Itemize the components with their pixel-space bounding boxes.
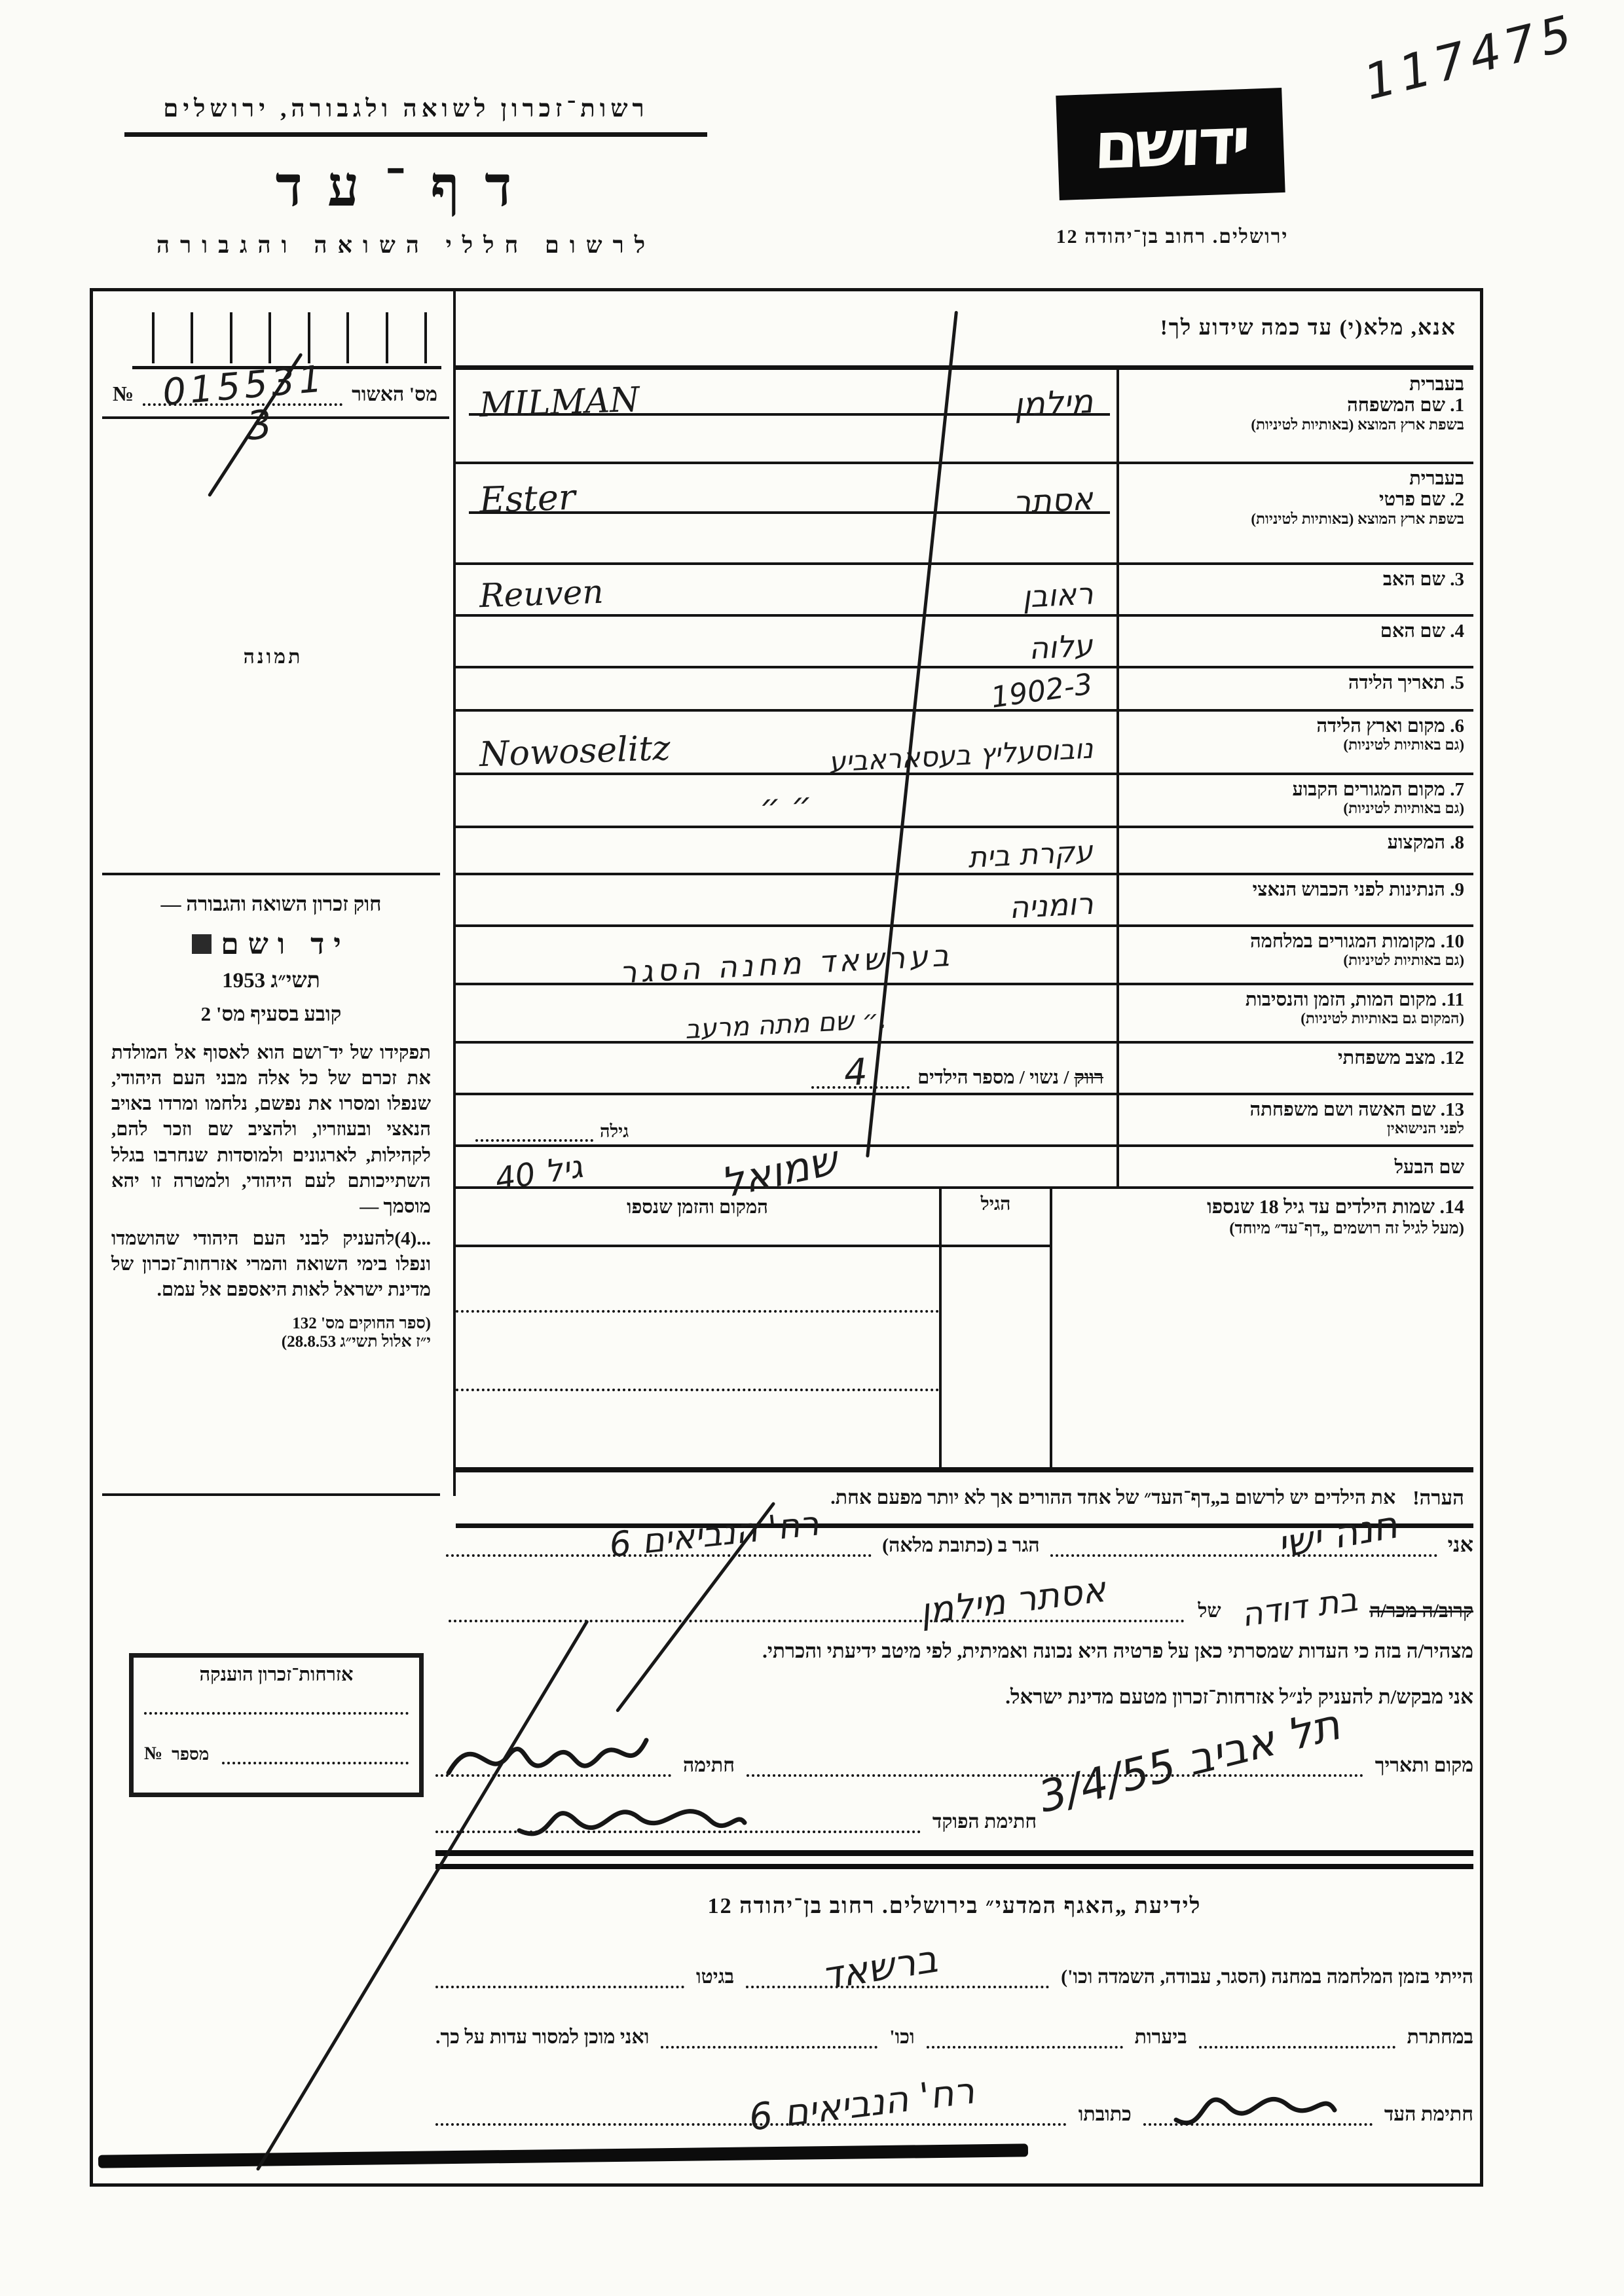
birth-date-handwriting: 1902-3 xyxy=(989,667,1094,714)
law-clause: קובע בסעיף מס' 2 xyxy=(111,1002,431,1026)
instruction-strip: אנא, מלא(י) עד כמה שידוע לך! xyxy=(456,291,1473,370)
field-row-marital-status: 12. מצב משפחתי רווק / נשוי / מספר הילדים… xyxy=(456,1044,1473,1095)
field11-label: 11. מקום המות, הזמן והנסיבות xyxy=(1123,989,1464,1010)
place-date-signature-line: מקום ותאריך תל אביב 3/4/55 חתימה xyxy=(435,1709,1473,1777)
statement-text: מצהיר/ה בזה כי העדות שמסרתי כאן על פרטיה… xyxy=(435,1639,1473,1663)
wartime-residence-handwriting: בערשאד מחנה הסגר xyxy=(619,938,954,991)
science-branch-info: לידיעת „האגף המדעי״ בירושלים. רחוב בן־יה… xyxy=(435,1894,1473,1919)
field1-sub: בשפת ארץ המוצא (באותיות לטיניות) xyxy=(1123,416,1464,433)
place-date-label: מקום ותאריך xyxy=(1375,1755,1473,1777)
mother-name-handwriting: עלוה xyxy=(1028,627,1094,666)
fields-area: בעברית 1. שם המשפחה בשפת ארץ המוצא (באות… xyxy=(456,370,1473,1528)
field7-label: 7. מקום המגורים הקבוע xyxy=(1123,779,1464,800)
first-name-latin-handwriting: Ester xyxy=(479,476,576,520)
field8-label: 8. המקצוע xyxy=(1123,832,1464,853)
children-table-grid: הגיל המקום והזמן שנספו xyxy=(456,1189,1052,1467)
field10-sub: (גם באותיות לטיניות) xyxy=(1123,952,1464,969)
field-row-mother-name: 4. שם האם עלוה xyxy=(456,617,1473,668)
citizenship-handwriting: רומניה xyxy=(1008,886,1094,926)
logo-text: ידושם xyxy=(1093,104,1248,184)
law-box: חוק זכרון השואה והגבורה — יד ושם תשי״ג 1… xyxy=(102,873,440,1496)
main-form-box: מס' האשור 015531 № 3 תמונה חוק זכרון השו… xyxy=(90,288,1483,2187)
declarant-address-handwriting: רח' הנביאים 6 xyxy=(608,1504,821,1565)
birth-place-hebrew-handwriting: נובוסעליץ בעסאראביע xyxy=(828,732,1094,778)
yad-vashem-logo: ידושם xyxy=(1056,88,1285,200)
of-word: של xyxy=(1198,1600,1221,1622)
field-row-first-name: בעברית 2. שם פרטי בשפת ארץ המוצא (באותיו… xyxy=(456,464,1473,565)
field-row-father-name: 3. שם האב Reuven ראובן xyxy=(456,565,1473,617)
law-name-row: יד ושם xyxy=(111,928,431,961)
grant-number-label: מספר xyxy=(172,1745,209,1764)
field3-label: 3. שם האב xyxy=(1123,569,1464,590)
field1-lang: בעברית xyxy=(1123,374,1464,395)
marital-options: רווק / נשוי / מספר הילדים 4 xyxy=(811,1066,1103,1089)
witness-address-label: כתובתו xyxy=(1079,2104,1132,2126)
header-block: רשות־זכרון לשואה ולגבורה, ירושלים דף־עד … xyxy=(98,95,714,259)
logo-address: ירושלים. רחוב בן־יהודה 12 xyxy=(1002,226,1342,248)
field7-sub: (גם באותיות לטיניות) xyxy=(1123,800,1464,817)
digit-comb xyxy=(93,291,453,363)
corner-file-number-handwriting: 117475 xyxy=(1359,4,1582,111)
relation-handwriting: בת דודה xyxy=(1238,1580,1359,1634)
field1-label: 1. שם המשפחה xyxy=(1123,395,1464,416)
etc-label: וכו' xyxy=(889,2026,914,2049)
photo-label: תמונה xyxy=(93,646,453,668)
photo-box: תמונה xyxy=(93,430,453,873)
bottom-smudge-line xyxy=(98,2143,1028,2168)
death-place-handwriting: ״ שם מתה מרעב. xyxy=(684,1004,888,1045)
field11-sub: (המקום גם באותיות לטיניות) xyxy=(1123,1010,1464,1027)
declarant-line: אני חנה ישי הגר ב (כתובת מלאה) רח' הנביא… xyxy=(435,1499,1473,1557)
column-place-header: המקום והזמן שנספו xyxy=(456,1189,939,1245)
field-row-death-place: 11. מקום המות, הזמן והנסיבות (המקום גם ב… xyxy=(456,985,1473,1044)
signature-label: חתימה xyxy=(683,1755,735,1777)
resides-label: הגר ב (כתובת מלאה) xyxy=(882,1535,1040,1557)
option-single: רווק xyxy=(1074,1067,1103,1089)
field-row-permanent-residence: 7. מקום המגורים הקבוע (גם באותיות לטיניו… xyxy=(456,775,1473,828)
permanent-residence-ditto-handwriting: ״ ״ xyxy=(759,785,813,826)
law-clause4: ‏...(4)להעניק לבני העם היהודי שהושמדו ונ… xyxy=(111,1226,431,1303)
relation-line: קרוב/ה מכר/ה בת דודה של אסתר מילמן xyxy=(435,1557,1473,1622)
field2-label: 2. שם פרטי xyxy=(1123,489,1464,510)
field9-label: 9. הנתינות לפני הכבוש הנאצי xyxy=(1123,879,1464,900)
field12-label: 12. מצב משפחתי xyxy=(1123,1048,1464,1068)
instruction-text: אנא, מלא(י) עד כמה שידוע לך! xyxy=(1160,316,1456,340)
field2-sub: בשפת ארץ המוצא (באותיות לטיניות) xyxy=(1123,511,1464,528)
law-name: יד ושם xyxy=(221,928,350,960)
law-ref2: י״ז אלול תשי״ג 28.8.53) xyxy=(111,1333,431,1351)
field-row-wartime-residence: 10. מקומות המגורים במלחמה (גם באותיות לט… xyxy=(456,927,1473,985)
field6-sub: (גם באותיות לטיניות) xyxy=(1123,737,1464,754)
witness-signature-line: חתימת העד כתובתו רח' הנביאים 6 xyxy=(435,2049,1473,2126)
numero-sign: № xyxy=(113,382,134,406)
was-in-camp-label: הייתי בזמן המלחמה במחנה (הסגר, עבודה, הש… xyxy=(1061,1966,1473,1988)
scanned-testimony-form: 117475 רשות־זכרון לשואה ולגבורה, ירושלים… xyxy=(0,0,1624,2296)
section-rule-top xyxy=(435,1850,1473,1856)
relation-printed: קרוב/ה מכר/ה xyxy=(1369,1600,1473,1622)
husband-label: שם הבעל xyxy=(1394,1157,1464,1178)
approval-box: מס' האשור 015531 № 3 xyxy=(93,291,453,430)
children-table: 14. שמות הילדים עד גיל 18 שנספו (מעל לגי… xyxy=(456,1189,1473,1467)
underground-label: במחתרת xyxy=(1407,2026,1473,2049)
declaration-block: אני חנה ישי הגר ב (כתובת מלאה) רח' הנביא… xyxy=(435,1499,1473,2126)
witness-bottom-signature-icon xyxy=(1170,2071,1340,2136)
law-year: תשי״ג 1953 xyxy=(111,969,431,993)
first-name-hebrew-handwriting: אסתר xyxy=(1012,481,1094,521)
law-body: תפקידו של יד־ושם הוא לאסוף אל המולדת את … xyxy=(111,1040,431,1220)
clerk-signature-icon xyxy=(514,1785,750,1850)
form-title: דף־עד xyxy=(98,154,714,219)
authority-title: רשות־זכרון לשואה ולגבורה, ירושלים xyxy=(98,95,714,123)
field-row-family-name: בעברית 1. שם המשפחה בשפת ארץ המוצא (באות… xyxy=(456,370,1473,464)
law-title: חוק זכרון השואה והגבורה — xyxy=(111,892,431,916)
field2-lang: בעברית xyxy=(1123,468,1464,489)
witness-signature-label: חתימת העד xyxy=(1384,2104,1473,2126)
family-name-hebrew-handwriting: מילמן xyxy=(1012,382,1094,424)
wife-age-group: גילה xyxy=(475,1120,629,1142)
children-label-cell: 14. שמות הילדים עד גיל 18 שנספו (מעל לגי… xyxy=(1052,1189,1473,1467)
field14-sub: (מעל לגיל זה רושמים „דף־עד״ מיוחד) xyxy=(1056,1219,1464,1239)
underground-line: במחתרת ביערות וכו' ואני מוכן למסור עדות … xyxy=(435,1988,1473,2049)
field13-label: 13. שם האשה ושם משפחתה xyxy=(1123,1099,1464,1120)
i-am-word: אני xyxy=(1448,1533,1473,1557)
field-row-wife-name: 13. שם האשה ושם משפחתה לפני הנישואין גיל… xyxy=(456,1095,1473,1147)
grant-title: אזרחות־זכרון הוענקה xyxy=(144,1664,409,1686)
clerk-signature-label: חתימת הפוקד xyxy=(932,1811,1037,1833)
column-age-header: הגיל xyxy=(939,1189,1052,1245)
clerk-signature-line: חתימת הפוקד xyxy=(435,1777,1473,1833)
grant-numero-sign: № xyxy=(144,1743,162,1764)
law-ref1: (ספר החוקים מס' 132 xyxy=(111,1315,431,1333)
field-row-birth-place: 6. מקום וארץ הלידה (גם באותיות לטיניות) … xyxy=(456,712,1473,775)
field-row-husband-name: שם הבעל גיל 40 שמואל xyxy=(456,1147,1473,1189)
ghetto-label: בגיטו xyxy=(696,1966,734,1988)
field10-label: 10. מקומות המגורים במלחמה xyxy=(1123,931,1464,952)
forests-label: ביערות xyxy=(1135,2026,1187,2049)
field4-label: 4. שם האם xyxy=(1123,621,1464,642)
children-count-handwriting: 4 xyxy=(843,1051,868,1095)
options-married-children: / נשוי / מספר הילדים xyxy=(917,1067,1069,1089)
approval-number-row: מס' האשור 015531 № xyxy=(93,369,453,406)
field14-label: 14. שמות הילדים עד גיל 18 שנספו xyxy=(1056,1195,1464,1219)
field6-label: 6. מקום וארץ הלידה xyxy=(1123,716,1464,737)
age-label: גילה xyxy=(600,1121,629,1142)
profession-handwriting: עקרת בית xyxy=(967,835,1094,875)
yad-vashem-small-logo-icon xyxy=(192,934,212,954)
field13-sub: לפני הנישואין xyxy=(1123,1120,1464,1137)
father-name-latin-handwriting: Reuven xyxy=(479,573,604,615)
father-name-hebrew-handwriting: ראובן xyxy=(1021,575,1094,615)
field-row-birth-date: 5. תאריך הלידה 1902-3 xyxy=(456,668,1473,712)
witness-address-handwriting: רח' הנביאים 6 xyxy=(747,2069,976,2140)
header-divider xyxy=(124,132,707,137)
birth-place-latin-handwriting: Nowoselitz xyxy=(479,729,671,774)
section-rule-bottom xyxy=(435,1864,1473,1869)
ready-to-testify-text: ואני מוכן למסור עדות על כך. xyxy=(435,2026,649,2049)
subject-name-handwriting: אסתר מילמן xyxy=(917,1569,1108,1632)
field-row-citizenship: 9. הנתינות לפני הכבוש הנאצי רומניה xyxy=(456,875,1473,927)
field5-label: 5. תאריך הלידה xyxy=(1123,672,1464,693)
field-row-profession: 8. המקצוע עקרת בית xyxy=(456,828,1473,875)
witness-signature-icon xyxy=(442,1721,652,1793)
approval-label: מס' האשור xyxy=(352,384,437,406)
citizenship-grant-box: אזרחות־זכרון הוענקה № מספר xyxy=(129,1653,424,1797)
form-subtitle: לרשום חללי השואה והגבורה xyxy=(98,232,714,259)
camp-line: הייתי בזמן המלחמה במחנה (הסגר, עבודה, הש… xyxy=(435,1919,1473,1988)
family-name-latin-handwriting: MILMAN xyxy=(479,380,640,426)
